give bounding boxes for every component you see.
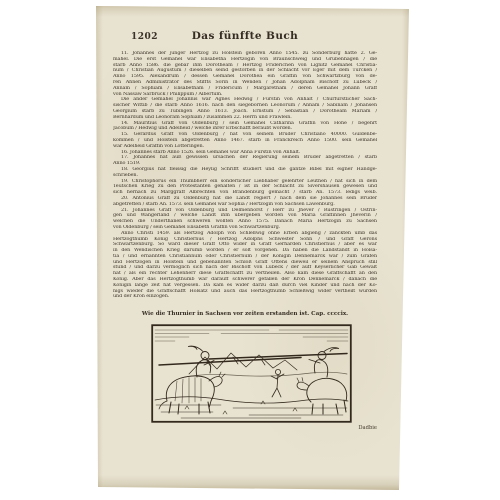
running-title: Das fünffte Buch <box>113 30 377 42</box>
left-knight <box>159 346 225 414</box>
jousting-woodcut <box>151 324 352 423</box>
sky-hatching <box>155 330 348 341</box>
body-text-line: 18. Georgius hat fleissig die Heylig Sch… <box>113 167 377 173</box>
squire-figure <box>271 369 284 397</box>
book-page-scan: 1202 Das fünffte Buch 11. Johannes der j… <box>95 3 411 492</box>
catchword-label: Dadbie <box>317 425 377 431</box>
woodcut-caption: Wie die Thurnier in Sachsen vor zeiten e… <box>113 311 377 317</box>
lances <box>159 354 347 366</box>
body-text-line: 17. Johannes hat auß gewissen ursachen d… <box>113 155 377 161</box>
ground-hatching <box>155 397 348 418</box>
body-text-line: und der Kron einzogen. <box>113 294 377 300</box>
body-text-block: 11. Johannes der jünger Hertzog zu Holst… <box>113 51 377 300</box>
scan-background: 1202 Das fünffte Buch 11. Johannes der j… <box>0 0 500 500</box>
woodcut-frame <box>152 325 351 422</box>
right-knight <box>297 348 347 415</box>
